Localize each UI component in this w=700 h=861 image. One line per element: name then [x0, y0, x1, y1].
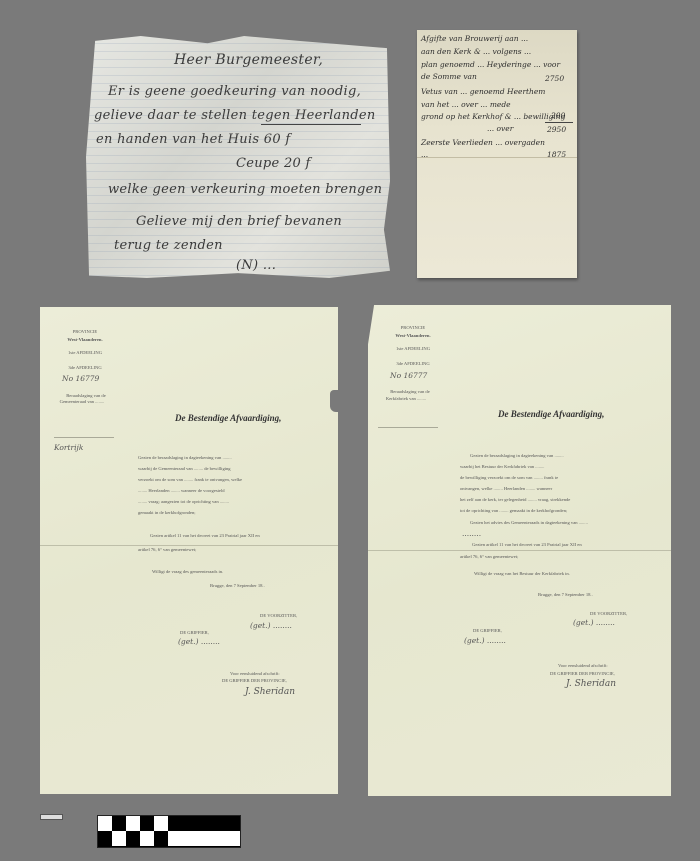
amount: 200 — [551, 111, 565, 120]
body-line: waarbij het Bestuur der Kerkfabriek van … — [460, 464, 544, 469]
body-line: Gezien het advies des Gemeenteraads in d… — [470, 520, 588, 525]
body-handwriting: ........ — [462, 529, 481, 538]
body-line: Gezien de beraadslaging in dagteekening … — [138, 455, 232, 460]
fold-line — [368, 550, 671, 551]
margin-text: Gemeenteraad van ........ — [50, 399, 114, 404]
scale-cell — [140, 831, 154, 846]
signer-title: DE GRIFFIER, — [180, 630, 209, 635]
signature: (get.) ........ — [178, 637, 220, 646]
note-line: plan genoemd ... Heyderinge ... voor — [421, 60, 560, 69]
scale-cell — [168, 831, 240, 846]
signature: (get.) ........ — [464, 636, 506, 645]
margin-text: 3de AFDEELING — [60, 365, 110, 370]
scale-cell — [126, 816, 140, 831]
body-line: ........ Heerlanden ........ wanneer de … — [138, 488, 225, 493]
place-date: Brugge, den 7 September 18.. — [210, 583, 265, 588]
body-line: Gezien de beraadslaging in dagteekening … — [470, 453, 564, 458]
note-line: grond op het Kerkhof & ... bewilliging — [421, 112, 565, 121]
note-line: van het ... over ... mede — [421, 100, 511, 109]
file-number: No 16779 — [62, 374, 99, 383]
note-line: Zeerste Veerlieden ... overgaden — [421, 138, 545, 147]
note-line: gelieve daar te stellen tegen Heerlanden — [94, 108, 376, 123]
sum-rule — [545, 122, 573, 123]
certified-label: DE GRIFFIER DER PROVINCIE, — [222, 678, 287, 683]
body-line: Gezien artikel 11 van het decreet van 23… — [472, 542, 582, 547]
body-line: waarbij de Gemeenteraad van ........ de … — [138, 466, 231, 471]
amount: 2950 — [547, 125, 566, 134]
body-line: Willigt de vraag des gemeenteraads in. — [152, 569, 223, 574]
signer-title: DE VOORZITTER, — [260, 613, 297, 618]
note-line: Afgifte van Brouwerij aan ... — [421, 34, 528, 43]
place-date: Brugge, den 7 September 18.. — [538, 592, 593, 597]
margin-text: West-Vlaanderen. — [388, 333, 438, 338]
note-line: Vetus van ... genoemd Heerthem — [421, 87, 545, 96]
body-line: ontvangen, welke ........ Heerlanden ...… — [460, 486, 552, 491]
margin-text: Kerkfabriek van ........ — [374, 396, 438, 401]
scale-cell — [112, 831, 126, 846]
margin-text: 1ste AFDEELING — [388, 346, 438, 351]
margin-text: West-Vlaanderen. — [60, 337, 110, 342]
amount: 2750 — [545, 74, 564, 83]
body-line: de bewilliging verzoekt om de som van ..… — [460, 475, 558, 480]
torn-notch — [330, 390, 344, 412]
divider — [378, 427, 438, 428]
scale-cell — [154, 816, 168, 831]
note-line: Gelieve mij den brief bevanen — [136, 214, 342, 229]
body-line: artikel 76, 6° van gemeentewet; — [460, 554, 518, 559]
note-line: ... over — [487, 124, 513, 133]
scale-marker — [40, 814, 63, 820]
fold-line — [40, 545, 338, 546]
file-number: No 16777 — [390, 371, 427, 380]
note-line: en handen van het Huis 60 f — [96, 132, 291, 147]
note-line: de Somme van — [421, 72, 477, 81]
underline — [261, 124, 361, 125]
body-line: verzoekt om de som van ........ frank te… — [138, 477, 242, 482]
handwritten-note-right: Afgifte van Brouwerij aan ... aan den Ke… — [417, 30, 577, 278]
body-line: ........ vraag; aangezien tot de opricht… — [138, 499, 229, 504]
divider — [54, 437, 114, 438]
margin-text: Beraadslaging van de — [378, 389, 442, 394]
body-line: artikel 76, 6° van gemeentewet; — [138, 547, 196, 552]
note-line: Ceupe 20 f — [236, 156, 311, 171]
signer-title: DE GRIFFIER, — [473, 628, 502, 633]
signature: (get.) ........ — [250, 621, 292, 630]
margin-text: 3de AFDEELING — [388, 361, 438, 366]
signer-title: DE VOORZITTER, — [590, 611, 627, 616]
handwritten-note-left: Heer Burgemeester, Er is geene goedkeuri… — [86, 36, 390, 278]
margin-text: 1ste AFDEELING — [60, 350, 110, 355]
margin-handwriting: Kortrijk — [54, 443, 83, 452]
certified-signature: J. Sheridan — [245, 687, 295, 697]
margin-text: Beraadslaging van de — [54, 393, 118, 398]
signature: (get.) ........ — [573, 618, 615, 627]
margin-text: PROVINCIE — [388, 325, 438, 330]
note-signature: (N) ... — [236, 258, 276, 273]
margin-text: PROVINCIE — [60, 329, 110, 334]
body-line: Gezien artikel 11 van het decreet van 23… — [150, 533, 260, 538]
scale-cell — [98, 816, 112, 831]
body-line: Willigt de vraag van het Bestuur der Ker… — [474, 571, 570, 576]
form-title: De Bestendige Afvaardiging, — [498, 409, 604, 419]
body-line: tot de oprichting van ........ gemaakt i… — [460, 508, 567, 513]
printed-form-left: PROVINCIE West-Vlaanderen. 1ste AFDEELIN… — [40, 307, 338, 794]
body-line: het zelf aan de kerk, ter gelegenheid ..… — [460, 497, 570, 502]
note-line: terug te zenden — [114, 238, 223, 253]
certified-label: Voor eensluidend afschrift: — [558, 663, 608, 668]
certified-signature: J. Sheridan — [566, 679, 616, 689]
note-line: welke geen verkeuring moeten brengen — [108, 182, 382, 197]
note-salutation: Heer Burgemeester, — [174, 52, 323, 68]
note-line: aan den Kerk & ... volgens ... — [421, 47, 531, 56]
body-line: gemaakt in de kerkhofgronden; — [138, 510, 196, 515]
printed-form-right: PROVINCIE West-Vlaanderen. 1ste AFDEELIN… — [368, 305, 671, 796]
certified-label: Voor eensluidend afschrift: — [230, 671, 280, 676]
measurement-scale-bar — [97, 815, 241, 848]
note-line: Er is geene goedkeuring van noodig, — [108, 84, 361, 99]
certified-label: DE GRIFFIER DER PROVINCIE, — [550, 671, 615, 676]
fold-line — [417, 157, 577, 158]
form-title: De Bestendige Afvaardiging, — [175, 413, 281, 423]
